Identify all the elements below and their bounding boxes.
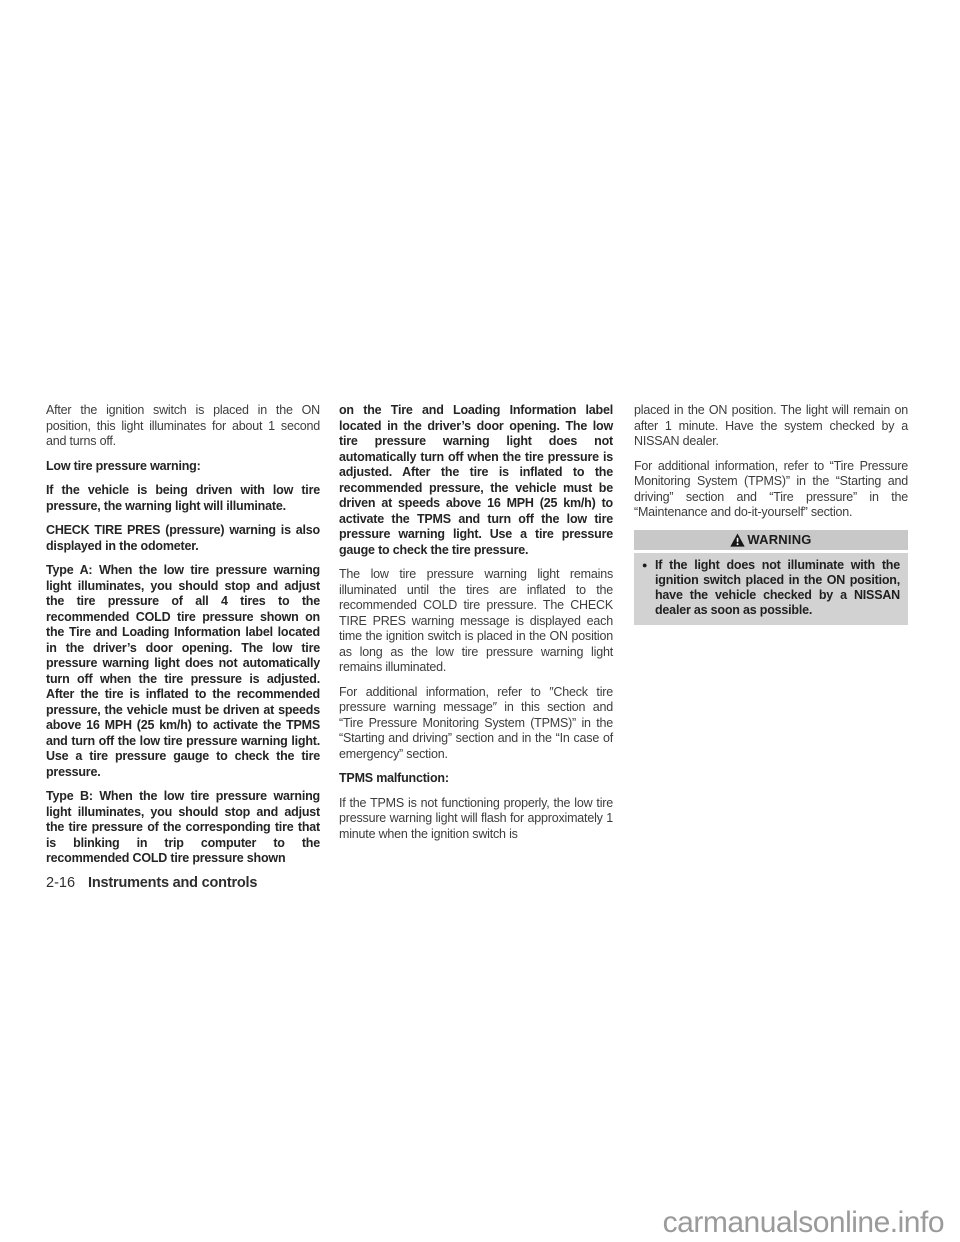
warning-item-text: If the light does not illuminate with th… [655,558,900,618]
watermark: carmanualsonline.info [663,1206,944,1240]
warning-body: ● If the light does not illuminate with … [634,553,908,625]
warning-triangle-icon [730,533,747,547]
paragraph-type-a-continued: on the Tire and Loading Information labe… [339,403,613,558]
warning-header: WARNING [634,530,908,550]
warning-title: WARNING [747,532,811,548]
paragraph-ignition-switch: After the ignition switch is placed in t… [46,403,320,450]
warning-item: ● If the light does not illuminate with … [642,558,900,618]
warning-box: WARNING ● If the light does not illumina… [634,530,908,625]
heading-low-tire-pressure-warning: Low tire pressure warning: [46,459,320,475]
column-middle: on the Tire and Loading Information labe… [339,403,613,851]
column-left: After the ignition switch is placed in t… [46,403,320,876]
paragraph-type-a: Type A: When the low tire pressure warni… [46,563,320,780]
paragraph-additional-info-check-tire: For additional information, refer to ″Ch… [339,685,613,763]
paragraph-type-b: Type B: When the low tire pressure warni… [46,789,320,867]
paragraph-light-remains: The low tire pressure warning light rema… [339,567,613,676]
page-number: 2-16 [46,875,75,891]
paragraph-placed-on-position: placed in the ON position. The light wil… [634,403,908,450]
heading-tpms-malfunction: TPMS malfunction: [339,771,613,787]
paragraph-driven-low-pressure: If the vehicle is being driven with low … [46,483,320,514]
manual-page: After the ignition switch is placed in t… [0,0,960,1242]
bullet-icon: ● [642,558,655,618]
section-title: Instruments and controls [88,875,257,891]
column-right: placed in the ON position. The light wil… [634,403,908,625]
page-footer: 2-16Instruments and controls [46,874,257,892]
paragraph-additional-info-tpms: For additional information, refer to “Ti… [634,459,908,521]
paragraph-tpms-not-functioning: If the TPMS is not functioning properly,… [339,796,613,843]
paragraph-check-tire-pres: CHECK TIRE PRES (pressure) warning is al… [46,523,320,554]
